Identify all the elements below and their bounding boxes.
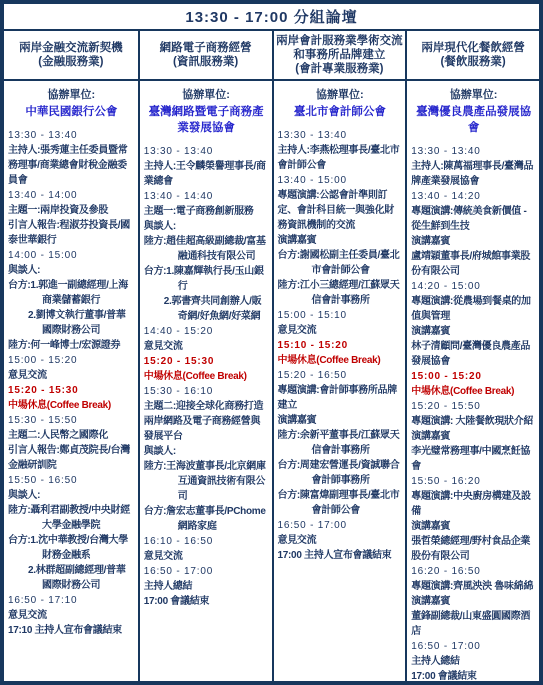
schedule-line: 17:00 會議結束 xyxy=(411,669,536,681)
coorg-name: 臺灣優良農產品發展協會 xyxy=(411,104,536,136)
column-header-1: 兩岸金融交流新契機(金融服務業) xyxy=(4,31,138,79)
schedule-line: 專題演講: 大陸餐飲現狀介紹 xyxy=(411,414,536,429)
schedule-line: 13:30 - 13:40 xyxy=(144,144,269,159)
schedule-grid: 兩岸金融交流新契機(金融服務業)網路電子商務經營(資訊服務業)兩岸會計服務業學術… xyxy=(4,31,539,681)
column-body-2: 協辦單位:臺灣網路暨電子商務產業發展協會13:30 - 13:40主持人:王令麟… xyxy=(138,81,272,681)
schedule-line: 演講嘉賓 xyxy=(411,519,536,534)
schedule-line: 16:50 - 17:00 xyxy=(278,518,403,533)
schedule-line: 2.郭書齊共同創辦人/販奇網/好魚網/好菜網 xyxy=(144,294,269,324)
schedule-line: 主持人總結 xyxy=(411,654,536,669)
schedule-line: 16:50 - 17:00 xyxy=(411,639,536,654)
schedule-line: 陸方:江小三總經理/江蘇眾天信會計事務所 xyxy=(278,278,403,308)
schedule-line: 專題演講:會計師事務所品牌建立 xyxy=(278,383,403,413)
column-body-1: 協辦單位:中華民國銀行公會13:30 - 13:40主持人:張秀蓮主任委員暨常務… xyxy=(4,81,138,681)
schedule-line: 15:00 - 15:20 xyxy=(411,369,536,384)
schedule-line: 主持人:陳萬福理事長/臺灣品牌產業發展協會 xyxy=(411,159,536,189)
coorg-name: 中華民國銀行公會 xyxy=(8,104,135,120)
schedule-line: 演講嘉賓 xyxy=(278,413,403,428)
schedule-line: 15:20 - 15:30 xyxy=(8,383,135,398)
schedule-line: 意見交流 xyxy=(144,339,269,354)
column-body-row: 協辦單位:中華民國銀行公會13:30 - 13:40主持人:張秀蓮主任委員暨常務… xyxy=(4,81,539,681)
schedule-line: 主持人:張秀蓮主任委員暨常務理事/商業總會財稅金融委員會 xyxy=(8,143,135,188)
schedule-line: 演講嘉賓 xyxy=(411,324,536,339)
schedule-line: 與談人: xyxy=(144,219,269,234)
schedule-line: 陸方:王海波董事長/北京網庫互通資訊技術有限公司 xyxy=(144,459,269,504)
schedule-line: 15:20 - 15:50 xyxy=(411,399,536,414)
schedule-line: 主持人總結 xyxy=(144,579,269,594)
schedule-line: 與談人: xyxy=(144,444,269,459)
schedule-line: 15:00 - 15:10 xyxy=(278,308,403,323)
schedule-line: 專題演講:公認會計準則訂定、會計科目統一與強化財務資訊機制的交流 xyxy=(278,188,403,233)
schedule-line: 16:20 - 16:50 xyxy=(411,564,536,579)
schedule-line: 主持人:李燕松理事長/臺北市會計師公會 xyxy=(278,143,403,173)
schedule-line: 2.林群超副總經理/普華國際財務公司 xyxy=(8,563,135,593)
schedule-line: 演講嘉賓 xyxy=(278,233,403,248)
schedule-line: 中場休息(Coffee Break) xyxy=(411,384,536,399)
schedule-line: 主持人:王令麟榮譽理事長/商業總會 xyxy=(144,159,269,189)
schedule-line: 主題二:人民幣之國際化 xyxy=(8,428,135,443)
coorg-label: 協辦單位: xyxy=(411,87,536,104)
coorg-name: 臺灣網路暨電子商務產業發展協會 xyxy=(144,104,269,136)
coorg-block: 協辦單位:中華民國銀行公會 xyxy=(8,87,135,120)
schedule-line: 15:20 - 16:50 xyxy=(278,368,403,383)
schedule-line: 與談人: xyxy=(8,488,135,503)
schedule-line: 意見交流 xyxy=(144,549,269,564)
schedule-line: 主題一:兩岸投資及參股 xyxy=(8,203,135,218)
schedule-line: 13:40 - 14:00 xyxy=(8,188,135,203)
column-header-subtitle: (資訊服務業) xyxy=(173,55,238,69)
schedule-line: 15:00 - 15:20 xyxy=(8,353,135,368)
column-header-row: 兩岸金融交流新契機(金融服務業)網路電子商務經營(資訊服務業)兩岸會計服務業學術… xyxy=(4,31,539,81)
schedule-line: 14:40 - 15:20 xyxy=(144,324,269,339)
schedule-line: 中場休息(Coffee Break) xyxy=(8,398,135,413)
schedule-line: 中場休息(Coffee Break) xyxy=(278,353,403,368)
column-header-2: 網路電子商務經營(資訊服務業) xyxy=(138,31,272,79)
schedule-line: 15:20 - 15:30 xyxy=(144,354,269,369)
schedule-line: 16:50 - 17:00 xyxy=(144,564,269,579)
schedule-line: 2.劉博文執行董事/普華國際財務公司 xyxy=(8,308,135,338)
column-header-subtitle: (餐飲服務業) xyxy=(441,55,506,69)
schedule-line: 13:30 - 13:40 xyxy=(8,128,135,143)
schedule-line: 台方:周建宏營運長/資誠聯合會計師事務所 xyxy=(278,458,403,488)
schedule-line: 演講嘉賓 xyxy=(411,594,536,609)
schedule-line: 演講嘉賓 xyxy=(411,234,536,249)
schedule-line: 14:00 - 15:00 xyxy=(8,248,135,263)
schedule-line: 台方:1.陳嘉輝執行長/玉山銀行 xyxy=(144,264,269,294)
schedule-line: 與談人: xyxy=(8,263,135,278)
schedule-line: 張哲榮總經理/野村食品企業股份有限公司 xyxy=(411,534,536,564)
schedule-line: 台方:陳富煒副理事長/臺北市會計師公會 xyxy=(278,488,403,518)
schedule-line: 李光璧常務理事/中國烹飪協會 xyxy=(411,444,536,474)
column-header-title: 兩岸會計服務業學術交流和事務所品牌建立 xyxy=(276,34,404,62)
schedule-line: 盧靖穎董事長/府城館事業股份有限公司 xyxy=(411,249,536,279)
schedule-line: 16:10 - 16:50 xyxy=(144,534,269,549)
schedule-line: 意見交流 xyxy=(8,608,135,623)
coorg-label: 協辦單位: xyxy=(8,87,135,104)
schedule-line: 意見交流 xyxy=(278,533,403,548)
schedule-line: 中場休息(Coffee Break) xyxy=(144,369,269,384)
schedule-line: 專題演講:中央廚房構建及設備 xyxy=(411,489,536,519)
schedule-line: 17:10 主持人宣布會議結束 xyxy=(8,623,135,638)
coorg-label: 協辦單位: xyxy=(144,87,269,104)
schedule-line: 17:00 會議結束 xyxy=(144,594,269,609)
coorg-block: 協辦單位:臺灣優良農產品發展協會 xyxy=(411,87,536,136)
schedule-line: 15:30 - 16:10 xyxy=(144,384,269,399)
column-header-4: 兩岸現代化餐飲經營(餐飲服務業) xyxy=(405,31,539,79)
schedule-line: 陸方:何一峰博士/宏源證券 xyxy=(8,338,135,353)
schedule-line: 陸方:聶利君副教授/中央財經大學金融學院 xyxy=(8,503,135,533)
schedule-line: 陸方:趙佳超高級副總裁/富基融通科技有限公司 xyxy=(144,234,269,264)
column-header-title: 兩岸金融交流新契機 xyxy=(19,41,123,55)
schedule-line: 13:40 - 15:00 xyxy=(278,173,403,188)
schedule-line: 主題二:迎接全球化商務打造兩岸網路及電子商務經營與發展平台 xyxy=(144,399,269,444)
schedule-line: 意見交流 xyxy=(8,368,135,383)
schedule-line: 專題演講:從農場到餐桌的加值與管理 xyxy=(411,294,536,324)
schedule-line: 15:30 - 15:50 xyxy=(8,413,135,428)
column-header-subtitle: (金融服務業) xyxy=(38,55,103,69)
schedule-line: 意見交流 xyxy=(278,323,403,338)
forum-schedule-table: 13:30 - 17:00 分組論壇 兩岸金融交流新契機(金融服務業)網路電子商… xyxy=(0,0,543,685)
schedule-line: 13:30 - 13:40 xyxy=(411,144,536,159)
schedule-line: 台方:詹宏志董事長/PChome網路家庭 xyxy=(144,504,269,534)
schedule-line: 台方:1.沈中華教授/台灣大學財務金融系 xyxy=(8,533,135,563)
coorg-block: 協辦單位:臺北市會計師公會 xyxy=(278,87,403,120)
schedule-line: 演講嘉賓 xyxy=(411,429,536,444)
schedule-line: 16:50 - 17:10 xyxy=(8,593,135,608)
schedule-line: 台方:1.郭進一副總經理/上海商業儲蓄銀行 xyxy=(8,278,135,308)
schedule-line: 引言人報告:程淑芬投資長/國泰世華銀行 xyxy=(8,218,135,248)
coorg-name: 臺北市會計師公會 xyxy=(278,104,403,120)
column-body-3: 協辦單位:臺北市會計師公會13:30 - 13:40主持人:李燕松理事長/臺北市… xyxy=(272,81,406,681)
coorg-block: 協辦單位:臺灣網路暨電子商務產業發展協會 xyxy=(144,87,269,136)
schedule-line: 專題演講:傳統美食新價值 - 從生鮮到生技 xyxy=(411,204,536,234)
column-header-subtitle: (會計專業服務業) xyxy=(295,62,383,76)
schedule-line: 14:20 - 15:00 xyxy=(411,279,536,294)
schedule-line: 林子清顧問/臺灣優良農產品發展協會 xyxy=(411,339,536,369)
schedule-line: 專題演講:齊風泱泱 魯味綿綿 xyxy=(411,579,536,594)
column-header-title: 兩岸現代化餐飲經營 xyxy=(421,41,525,55)
schedule-line: 引言人報告:鄭貞茂院長/台灣金融研訓院 xyxy=(8,443,135,473)
schedule-line: 台方:謝國松副主任委員/臺北市會計師公會 xyxy=(278,248,403,278)
schedule-line: 13:30 - 13:40 xyxy=(278,128,403,143)
schedule-line: 主題一:電子商務創新服務 xyxy=(144,204,269,219)
schedule-line: 13:40 - 14:40 xyxy=(144,189,269,204)
schedule-line: 15:10 - 15:20 xyxy=(278,338,403,353)
table-title: 13:30 - 17:00 分組論壇 xyxy=(4,4,539,31)
schedule-line: 15:50 - 16:50 xyxy=(8,473,135,488)
column-body-4: 協辦單位:臺灣優良農產品發展協會13:30 - 13:40主持人:陳萬福理事長/… xyxy=(405,81,539,681)
coorg-label: 協辦單位: xyxy=(278,87,403,104)
schedule-line: 董鋒副總裁/山東盛圓國際酒店 xyxy=(411,609,536,639)
schedule-line: 陸方:余新平董事長/江蘇眾天信會計事務所 xyxy=(278,428,403,458)
column-header-3: 兩岸會計服務業學術交流和事務所品牌建立(會計專業服務業) xyxy=(272,31,406,79)
schedule-line: 15:50 - 16:20 xyxy=(411,474,536,489)
column-header-title: 網路電子商務經營 xyxy=(160,41,252,55)
schedule-line: 13:40 - 14:20 xyxy=(411,189,536,204)
schedule-line: 17:00 主持人宣布會議結束 xyxy=(278,548,403,563)
